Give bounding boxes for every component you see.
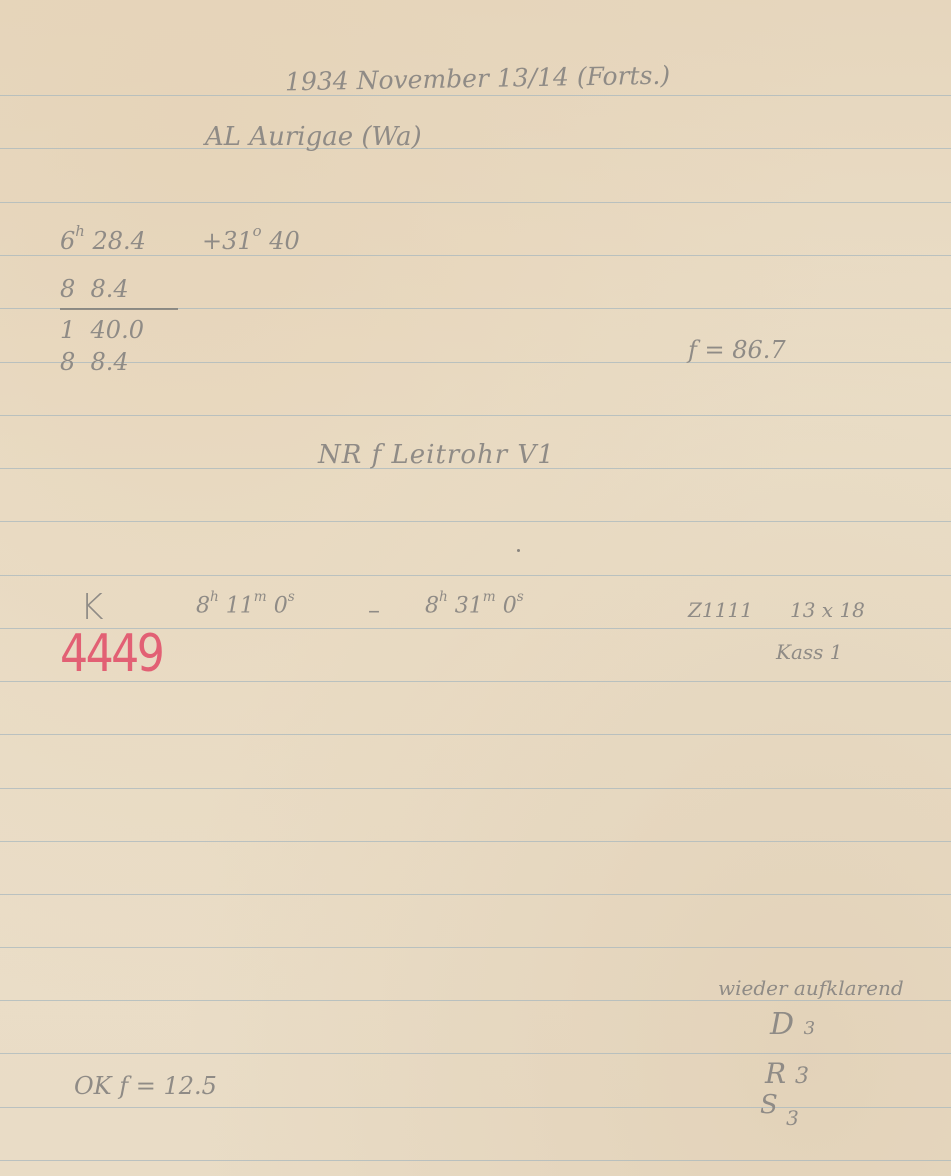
ruled-line [0, 521, 951, 522]
subtraction-line [60, 308, 178, 310]
instrument-line: NR f Leitrohr V1 [318, 442, 555, 468]
plate-type: Z1111 [688, 600, 753, 620]
ruled-line [0, 947, 951, 948]
ruled-line [0, 1000, 951, 1001]
exposure-end-time: 8h 31m 0s [425, 594, 524, 617]
ra-coordinate: 6h 28.4 [60, 228, 146, 253]
exposure-label: K [80, 590, 104, 626]
ok-focus-note: OK f = 12.5 [74, 1074, 217, 1098]
ruled-line [0, 575, 951, 576]
date-heading: 1934 November 13/14 (Forts.) [285, 63, 671, 95]
exposure-separator: – [368, 598, 380, 622]
exposure-start-time: 8h 11m 0s [196, 594, 295, 617]
sky-condition-note: wieder aufklarend [718, 978, 904, 998]
ruled-line [0, 255, 951, 256]
subtrahend-value: 8 8.4 [60, 277, 129, 301]
repeat-value: 8 8.4 [60, 350, 129, 374]
ruled-line [0, 415, 951, 416]
pencil-dot [517, 549, 520, 552]
ruled-line [0, 95, 951, 96]
ruled-line [0, 362, 951, 363]
ruled-line [0, 841, 951, 842]
ruled-line [0, 1160, 951, 1161]
ruled-line [0, 894, 951, 895]
plate-number: 4449 [60, 628, 162, 680]
ruled-line [0, 1107, 951, 1108]
ruled-line [0, 202, 951, 203]
ruled-line [0, 788, 951, 789]
difference-value: 1 40.0 [60, 318, 144, 342]
ruled-line [0, 1053, 951, 1054]
rating-row: S 3 [760, 1092, 799, 1118]
cassette-label: Kass 1 [776, 642, 842, 662]
object-name: AL Aurigae (Wa) [205, 124, 422, 150]
ruled-line [0, 734, 951, 735]
focus-value: f = 86.7 [688, 338, 786, 362]
rating-row: R 3 [765, 1060, 809, 1088]
plate-size: 13 x 18 [790, 600, 865, 620]
rating-row: D 3 [770, 1010, 815, 1040]
logbook-page: 1934 November 13/14 (Forts.) AL Aurigae … [0, 0, 951, 1176]
ruled-line [0, 148, 951, 149]
dec-coordinate: +31o 40 [202, 228, 300, 253]
